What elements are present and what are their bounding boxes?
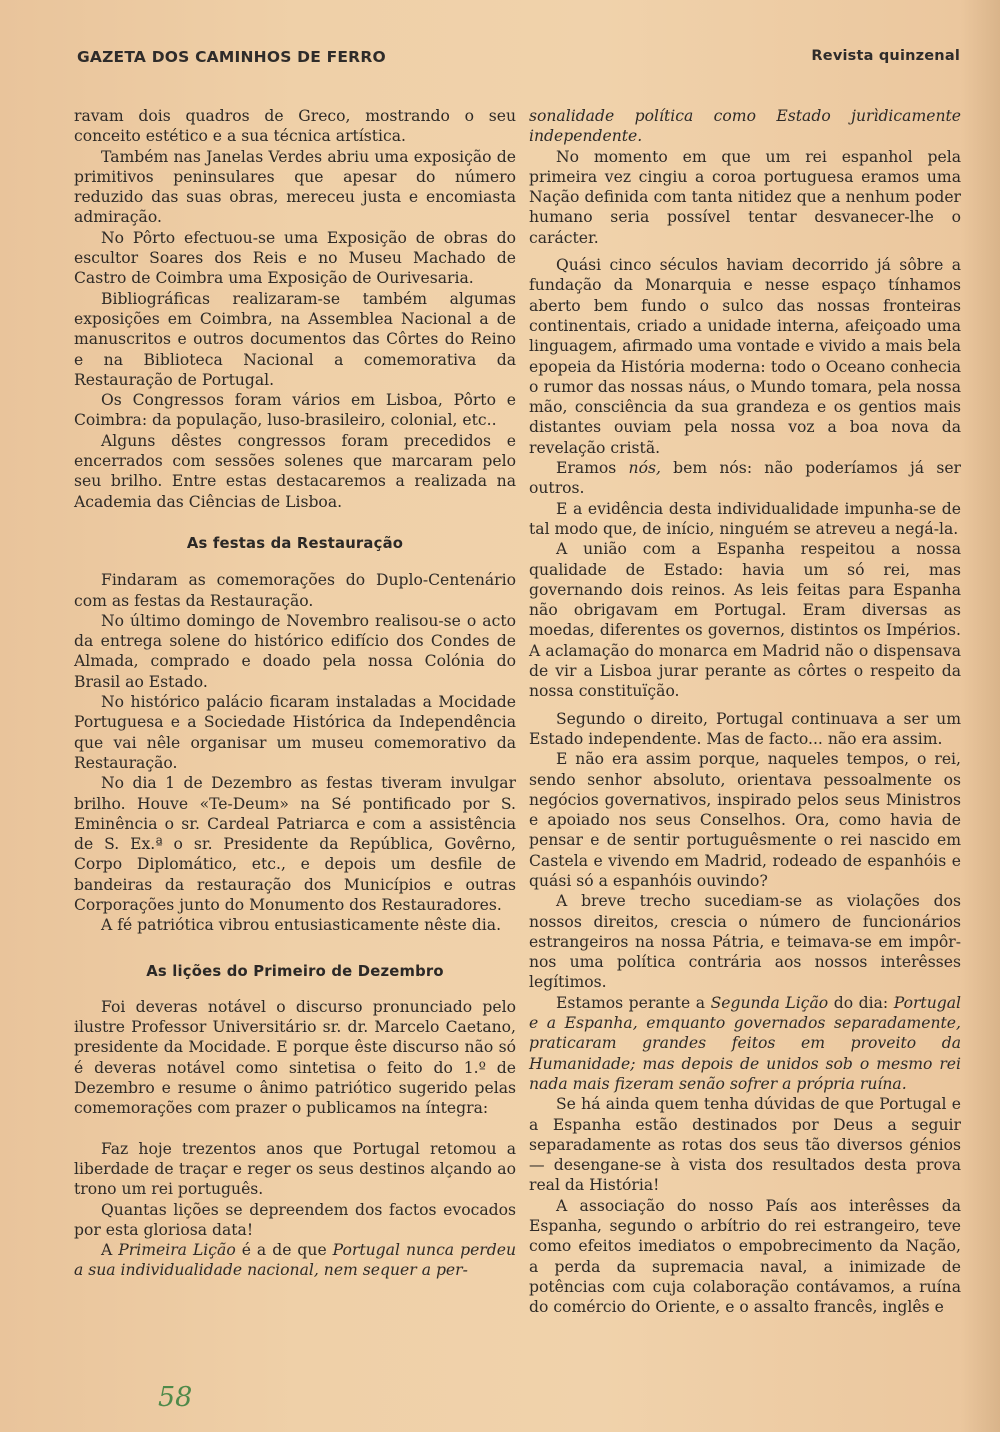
paragraph: Findaram as comemorações do Duplo-Centen… — [74, 570, 516, 611]
continuation-paragraph: sonalidade política como Estado jurìdica… — [529, 106, 961, 147]
paragraph: Foi deveras notável o discurso pronuncia… — [74, 997, 516, 1119]
publication-subtitle: Revista quinzenal — [811, 48, 960, 64]
first-lesson-term: Primeira Lição — [118, 1241, 235, 1259]
paragraph: No último domingo de Novembro realisou-s… — [74, 611, 516, 692]
left-column: ravam dois quadros de Greco, mostrando o… — [74, 106, 516, 1281]
speech-paragraph: Faz hoje trezentos anos que Portugal ret… — [74, 1139, 516, 1200]
first-lesson-paragraph: A Primeira Lição é a de que Portugal nun… — [74, 1240, 516, 1281]
paragraph: Bibliográficas realizaram-se também algu… — [74, 289, 516, 390]
running-head: GAZETA DOS CAMINHOS DE FERRO Revista qui… — [77, 48, 960, 72]
second-lesson-term: Segunda Lição — [711, 994, 829, 1012]
paragraph: Se há ainda quem tenha dúvidas de que Po… — [529, 1094, 961, 1195]
section-heading-licoes: As lições do Primeiro de Dezembro — [74, 962, 516, 982]
paragraph: Alguns dêstes congressos foram precedido… — [74, 431, 516, 512]
paragraph: No Pôrto efectuou-se uma Exposição de ob… — [74, 228, 516, 289]
paragraph: Os Congressos foram vários em Lisboa, Pô… — [74, 390, 516, 431]
paragraph: A fé patriótica vibrou entusiasticamente… — [74, 915, 516, 935]
paragraph: A associação do nosso País aos interêsse… — [529, 1196, 961, 1318]
section-heading-festas: As festas da Restauração — [74, 534, 516, 554]
paragraph: No dia 1 de Dezembro as festas tiveram i… — [74, 773, 516, 915]
paragraph: Eramos nós, bem nós: não poderíamos já s… — [529, 458, 961, 499]
paragraph: E não era assim porque, naqueles tempos,… — [529, 749, 961, 891]
paragraph: ravam dois quadros de Greco, mostrando o… — [74, 106, 516, 147]
paragraph: A breve trecho sucediam-se as violações … — [529, 891, 961, 992]
paragraph: Também nas Janelas Verdes abriu uma expo… — [74, 147, 516, 228]
paragraph: Segundo o direito, Portugal continuava a… — [529, 709, 961, 750]
right-column: sonalidade política como Estado jurìdica… — [529, 106, 961, 1318]
paragraph: E a evidência desta individualidade impu… — [529, 499, 961, 540]
paragraph: A união com a Espanha respeitou a nossa … — [529, 539, 961, 701]
paragraph: No histórico palácio ficaram instaladas … — [74, 692, 516, 773]
paragraph: No momento em que um rei espanhol pela p… — [529, 147, 961, 248]
second-lesson-paragraph: Estamos perante a Segunda Lição do dia: … — [529, 993, 961, 1094]
paragraph: Quási cinco séculos haviam decorrido já … — [529, 255, 961, 458]
publication-title: GAZETA DOS CAMINHOS DE FERRO — [77, 48, 386, 66]
speech-paragraph: Quantas lições se depreendem dos factos … — [74, 1200, 516, 1241]
page-number: 58 — [158, 1382, 192, 1413]
